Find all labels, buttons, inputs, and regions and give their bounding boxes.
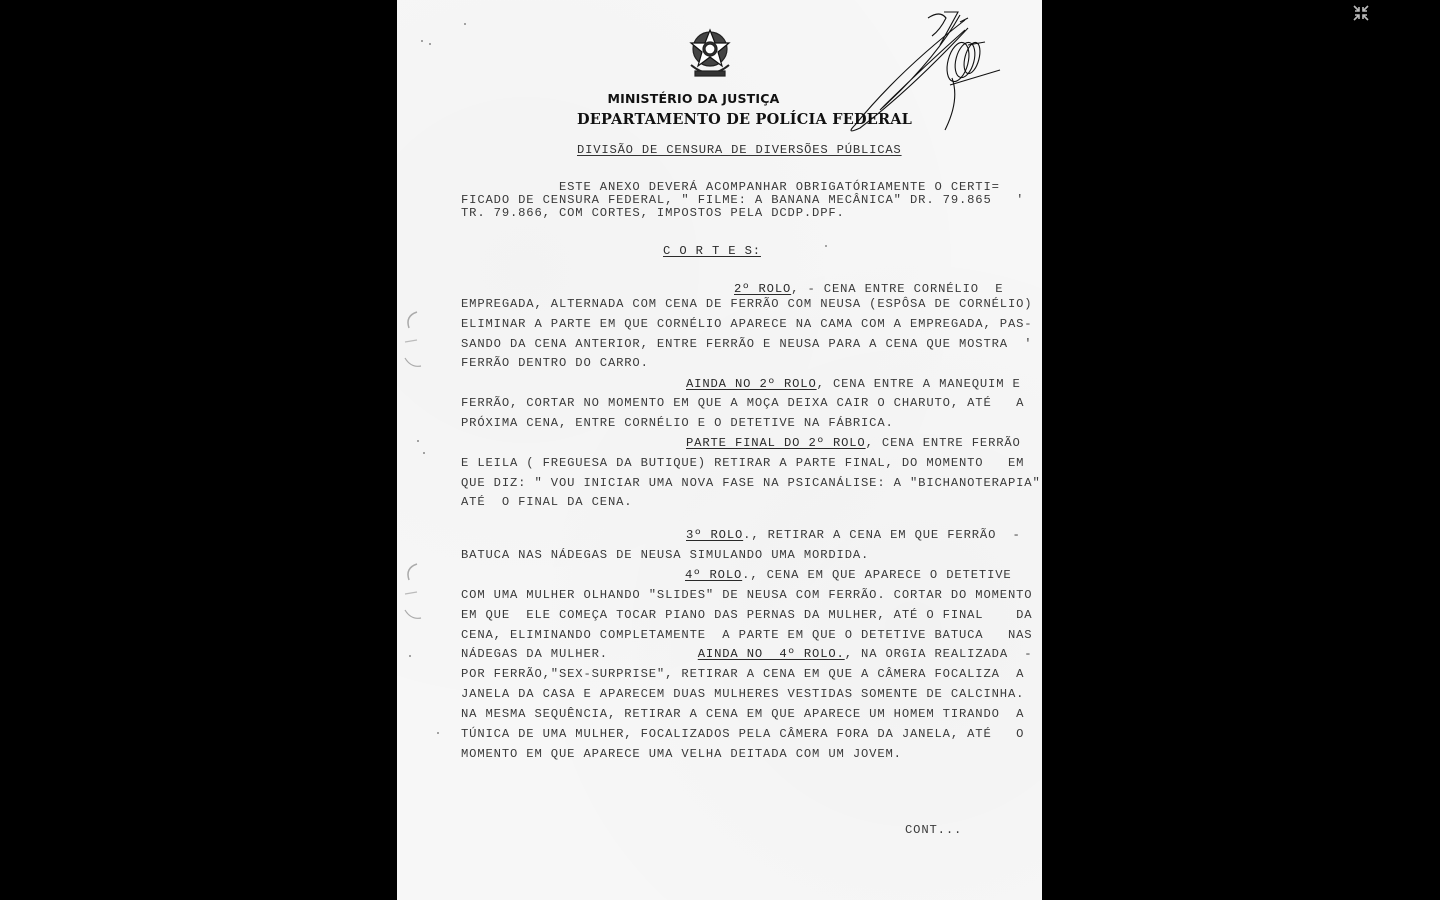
intro-line: TR. 79.866, COM CORTES, IMPOSTOS PELA DC… — [461, 206, 845, 220]
intro-line: FICADO DE CENSURA FEDERAL, " FILME: A BA… — [461, 193, 1024, 207]
section-heading: 3º ROLO., RETIRAR A CENA EM QUE FERRÃO - — [686, 528, 1021, 542]
section-line: JANELA DA CASA E APARECEM DUAS MULHERES … — [461, 687, 1024, 701]
scan-speck — [825, 245, 827, 247]
section-line: COM UMA MULHER OLHANDO "SLIDES" DE NEUSA… — [461, 588, 1032, 602]
continuation-note: CONT... — [905, 823, 962, 837]
coat-of-arms-icon — [685, 27, 735, 82]
section-line: PRÓXIMA CENA, ENTRE CORNÉLIO E O DETETIV… — [461, 416, 894, 430]
section-line: CENA, ELIMINANDO COMPLETAMENTE A PARTE E… — [461, 628, 1032, 642]
section-line: FERRÃO DENTRO DO CARRO. — [461, 356, 649, 370]
scan-speck — [421, 40, 423, 42]
section-line: FERRÃO, CORTAR NO MOMENTO EM QUE A MOÇA … — [461, 396, 1024, 410]
section-heading: 2º ROLO, - CENA ENTRE CORNÉLIO E — [734, 282, 1003, 296]
section-line: SANDO DA CENA ANTERIOR, ENTRE FERRÃO E N… — [461, 337, 1032, 351]
section-line: NA MESMA SEQUÊNCIA, RETIRAR A CENA EM QU… — [461, 707, 1024, 721]
scan-speck — [464, 23, 466, 25]
section-line: MOMENTO EM QUE APARECE UMA VELHA DEITADA… — [461, 747, 902, 761]
cuts-title: C O R T E S: — [663, 244, 761, 258]
section-line: ELIMINAR A PARTE EM QUE CORNÉLIO APARECE… — [461, 317, 1032, 331]
section-line: EMPREGADA, ALTERNADA COM CENA DE FERRÃO … — [461, 297, 1032, 311]
section-heading: NÁDEGAS DA MULHER. AINDA NO 4º ROLO., NA… — [461, 647, 1032, 661]
scan-speck — [429, 43, 431, 45]
section-line: E LEILA ( FREGUESA DA BUTIQUE) RETIRAR A… — [461, 456, 1024, 470]
scan-speck — [437, 732, 439, 734]
section-line: ATÉ O FINAL DA CENA. — [461, 495, 632, 509]
section-line: EM QUE ELE COMEÇA TOCAR PIANO DAS PERNAS… — [461, 608, 1032, 622]
scan-speck — [417, 440, 419, 442]
section-heading: 4º ROLO., CENA EM QUE APARECE O DETETIVE — [685, 568, 1012, 582]
section-line: POR FERRÃO,"SEX-SURPRISE", RETIRAR A CEN… — [461, 667, 1024, 681]
handwritten-signature — [840, 0, 1050, 140]
scan-speck — [409, 655, 411, 657]
scan-speck — [423, 452, 425, 454]
document-page: MINISTÉRIO DA JUSTIÇA DEPARTAMENTO DE PO… — [397, 0, 1042, 900]
binder-hole-mark — [399, 308, 423, 368]
section-heading: AINDA NO 2º ROLO, CENA ENTRE A MANEQUIM … — [686, 377, 1021, 391]
binder-hole-mark — [399, 560, 423, 620]
intro-line: ESTE ANEXO DEVERÁ ACOMPANHAR OBRIGATÓRIA… — [461, 180, 1000, 194]
division-heading: DIVISÃO DE CENSURA DE DIVERSÕES PÚBLICAS — [577, 143, 902, 157]
section-line: TÚNICA DE UMA MULHER, FOCALIZADOS PELA C… — [461, 727, 1024, 741]
section-line: BATUCA NAS NÁDEGAS DE NEUSA SIMULANDO UM… — [461, 548, 869, 562]
section-line: QUE DIZ: " VOU INICIAR UMA NOVA FASE NA … — [461, 476, 1041, 490]
exit-fullscreen-icon[interactable] — [1352, 4, 1370, 22]
section-heading: PARTE FINAL DO 2º ROLO, CENA ENTRE FERRÃ… — [686, 436, 1021, 450]
